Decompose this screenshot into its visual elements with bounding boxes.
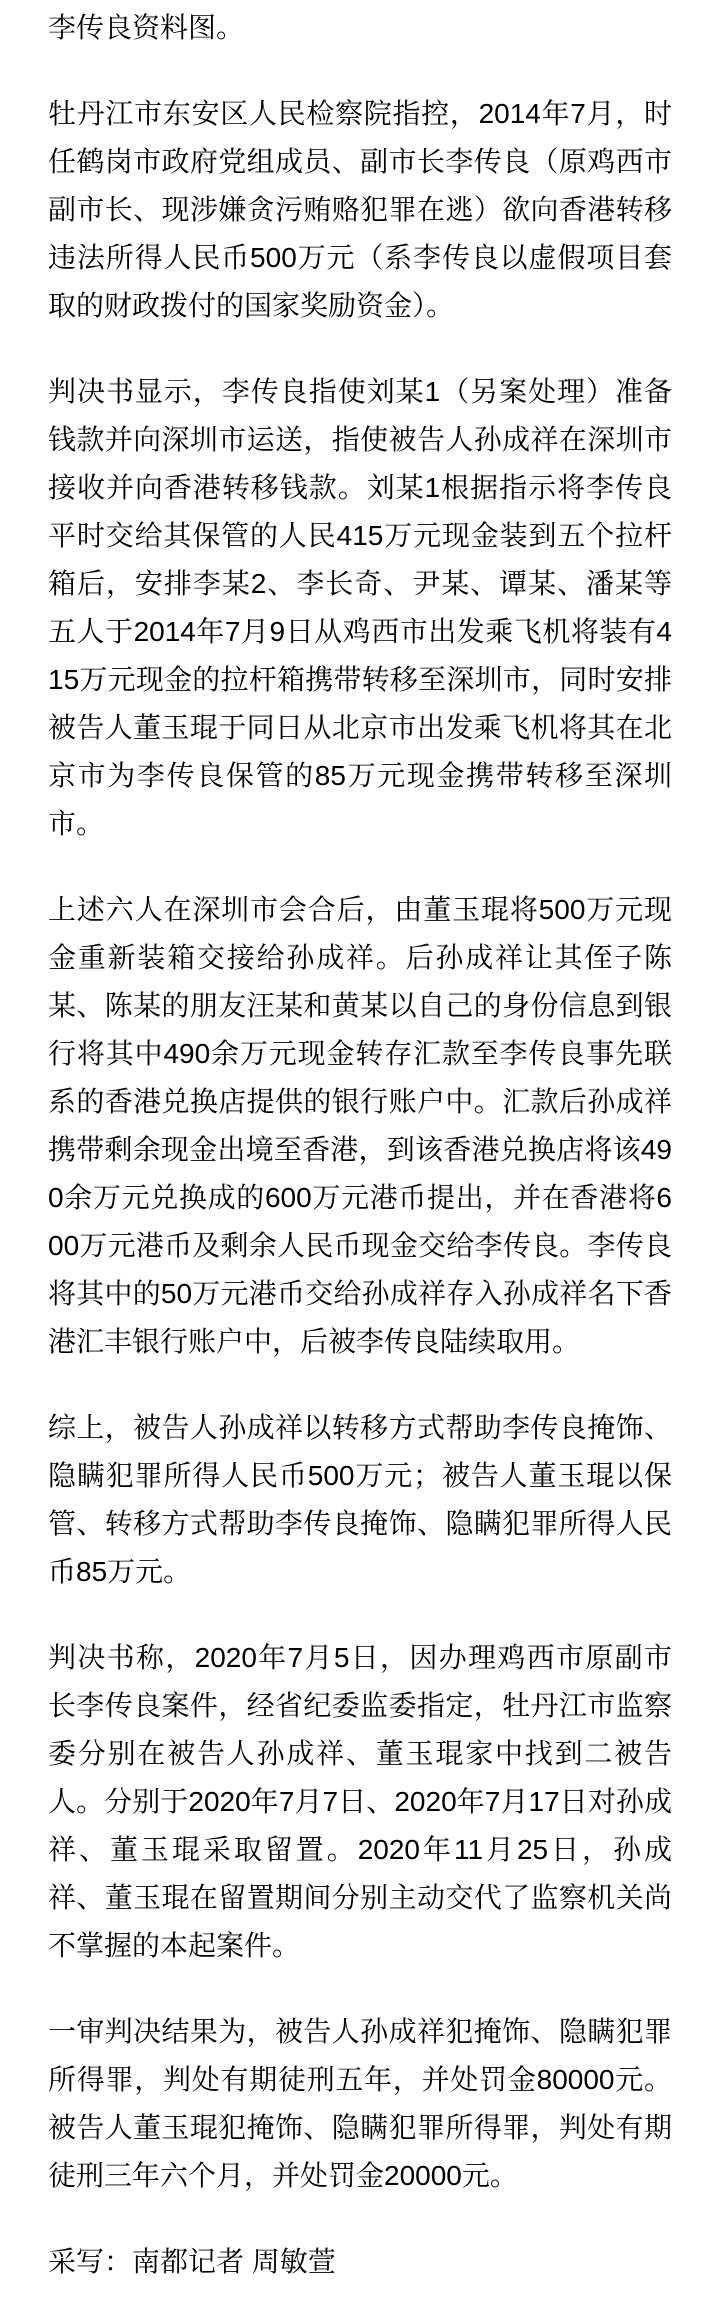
article-paragraph: 上述六人在深圳市会合后，由董玉琨将500万元现金重新装箱交接给孙成祥。后孙成祥让… <box>48 886 672 1366</box>
article-paragraph: 牡丹江市东安区人民检察院指控，2014年7月，时任鹤岗市政府党组成员、副市长李传… <box>48 90 672 330</box>
article-paragraph: 判决书显示，李传良指使刘某1（另案处理）准备钱款并向深圳市运送，指使被告人孙成祥… <box>48 368 672 848</box>
article-paragraph: 一审判决结果为，被告人孙成祥犯掩饰、隐瞒犯罪所得罪，判处有期徒刑五年，并处罚金8… <box>48 2008 672 2200</box>
article-paragraph: 综上，被告人孙成祥以转移方式帮助李传良掩饰、隐瞒犯罪所得人民币500万元；被告人… <box>48 1404 672 1596</box>
article-body: 李传良资料图。 牡丹江市东安区人民检察院指控，2014年7月，时任鹤岗市政府党组… <box>0 0 720 2316</box>
article-byline: 采写：南都记者 周敏萱 <box>48 2238 672 2286</box>
article-paragraph: 判决书称，2020年7月5日，因办理鸡西市原副市长李传良案件，经省纪委监委指定，… <box>48 1634 672 1970</box>
photo-caption: 李传良资料图。 <box>48 4 672 52</box>
